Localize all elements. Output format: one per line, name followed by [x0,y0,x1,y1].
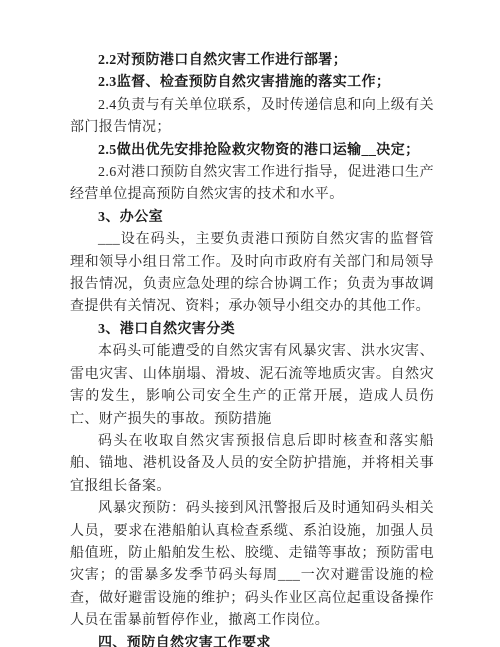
paragraph-forecast-measures: 码头在收取自然灾害预报信息后即时核查和落实船舶、锚地、港机设备及人员的安全防护措… [70,431,434,498]
document-page: 2.2对预防港口自然灾害工作进行部署； 2.3监督、检查预防自然灾害措施的落实工… [0,0,500,647]
paragraph-item-2-4: 2.4负责与有关单位联系，及时传递信息和向上级有关部门报告情况； [70,95,434,140]
heading-item-2-5: 2.5做出优先安排抢险救灾物资的港口运输__决定； [70,140,434,162]
paragraph-disaster-types: 本码头可能遭受的自然灾害有风暴灾害、洪水灾害、雷电灾害、山体崩塌、滑坡、泥石流等… [70,341,434,431]
heading-work-requirements: 四、预防自然灾害工作要求 [70,633,434,647]
paragraph-item-2-6: 2.6对港口预防自然灾害工作进行指导，促进港口生产经营单位提高预防自然灾害的技术… [70,162,434,207]
heading-office: 3、办公室 [70,207,434,229]
heading-item-2-3: 2.3监督、检查预防自然灾害措施的落实工作； [70,72,434,94]
heading-disaster-categories: 3、港口自然灾害分类 [70,319,434,341]
paragraph-office-duties: ___设在码头，主要负责港口预防自然灾害的监督管理和领导小组日常工作。及时向市政… [70,229,434,319]
heading-item-2-2: 2.2对预防港口自然灾害工作进行部署； [70,50,434,72]
paragraph-storm-prevention: 风暴灾预防：码头接到风汛警报后及时通知码头相关人员，要求在港船舶认真检查系缆、系… [70,498,434,632]
